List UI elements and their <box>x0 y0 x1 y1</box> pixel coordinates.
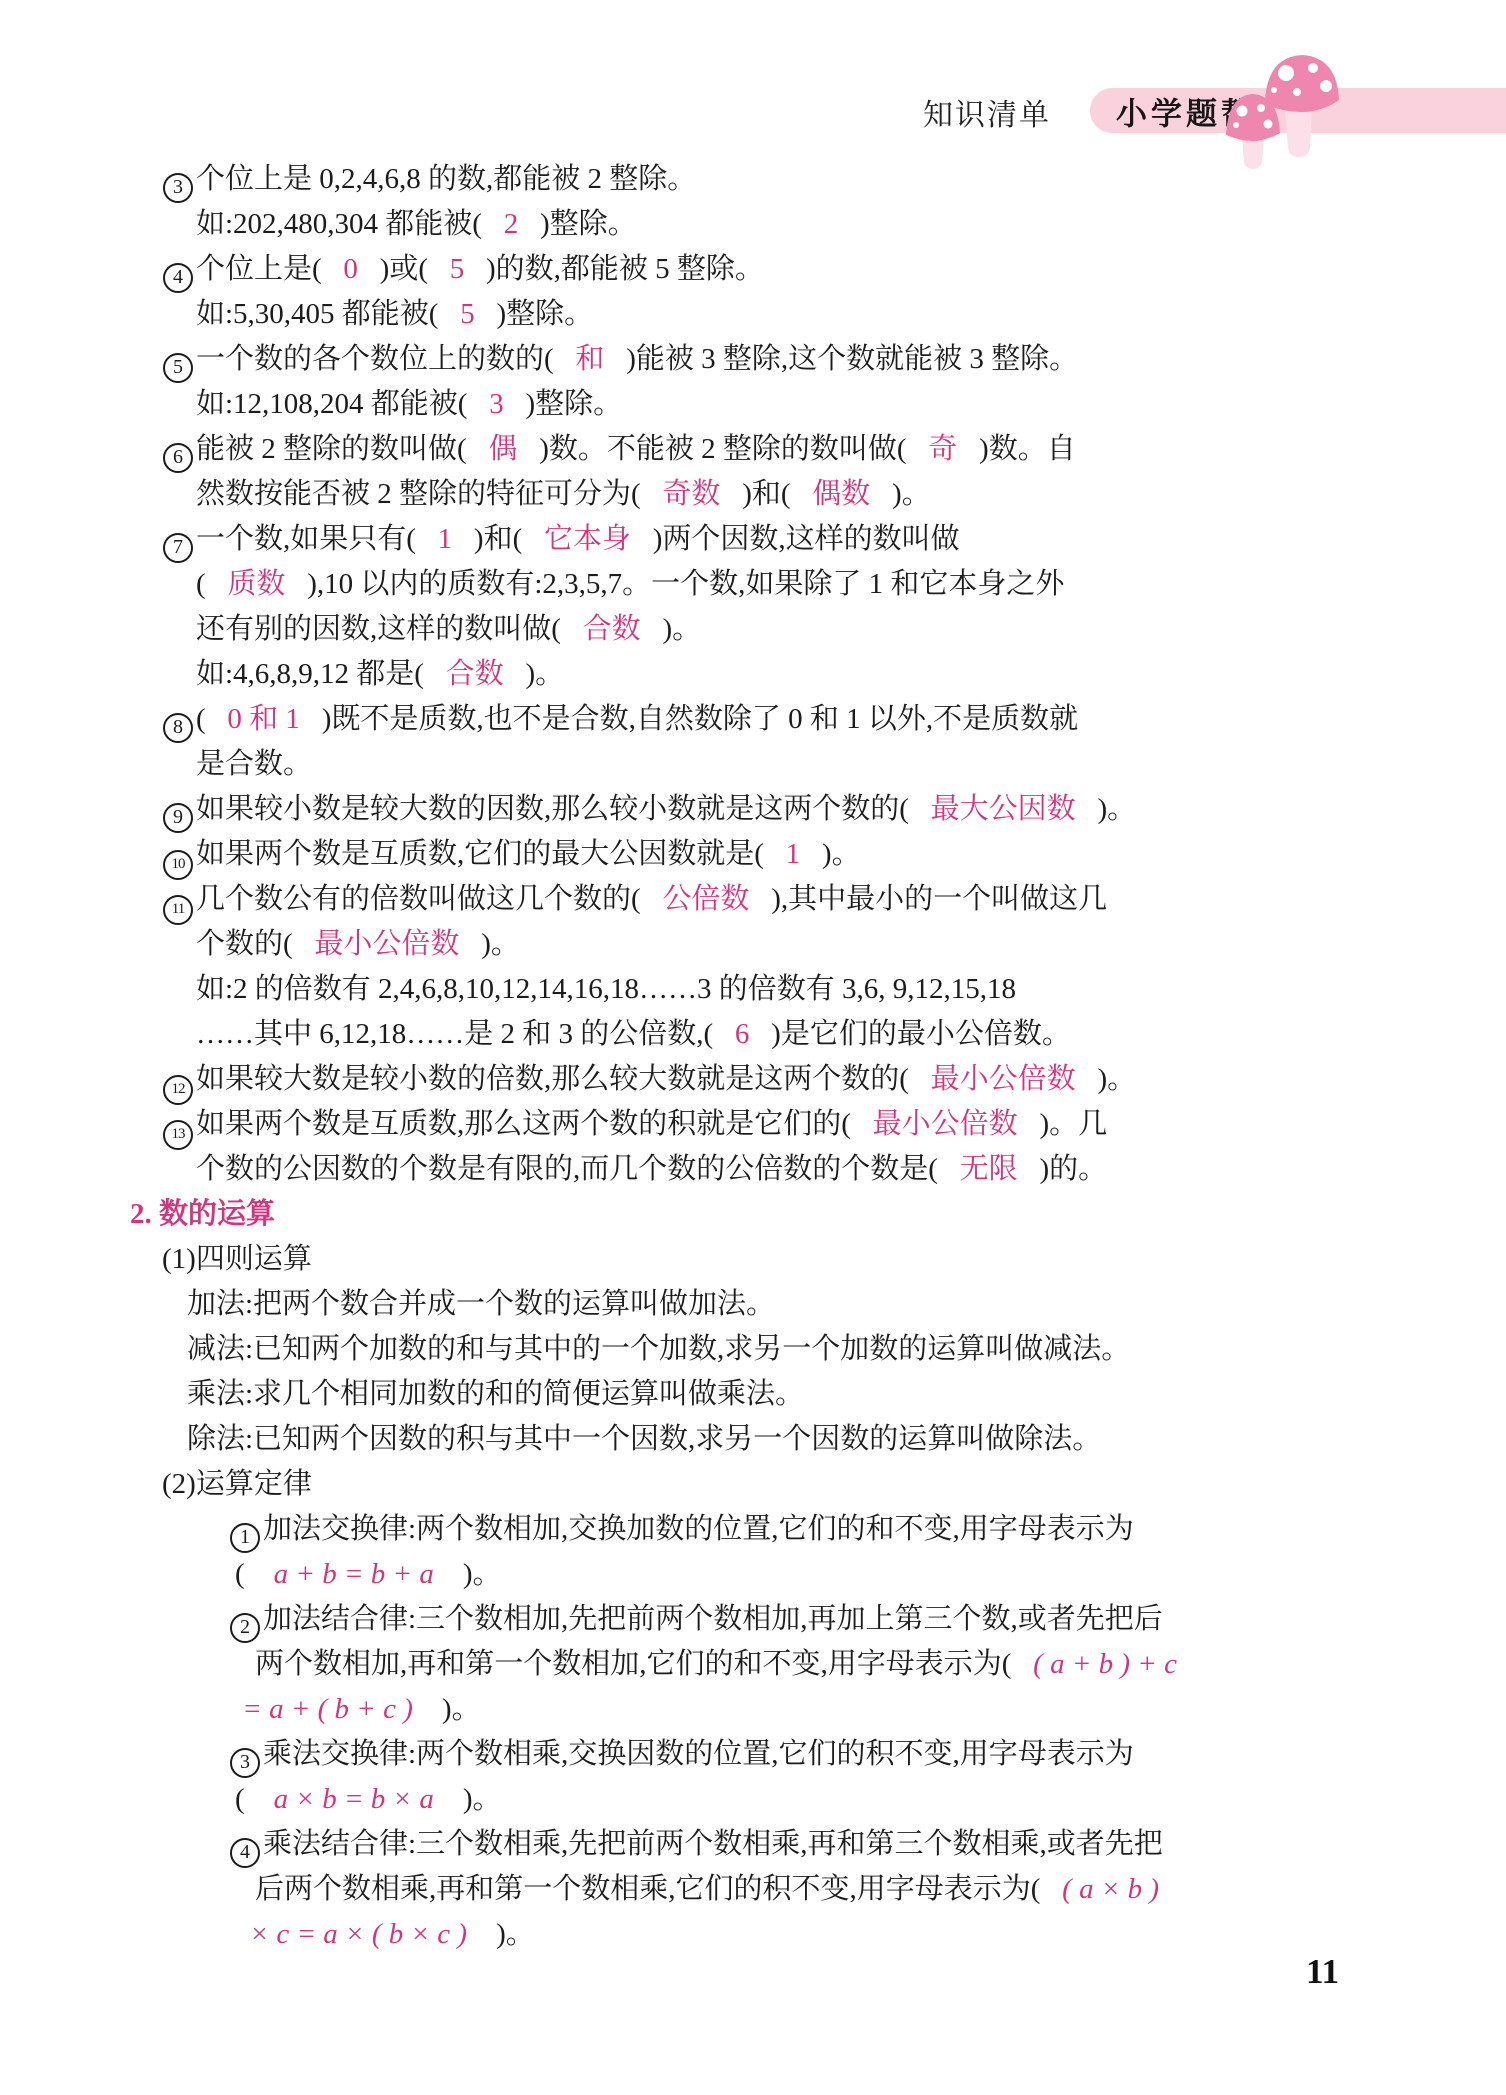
answer-text: 2 <box>504 208 519 240</box>
body-text: )。 <box>434 1783 502 1815</box>
text-line: 如:202,480,304 都能被( 2 )整除。 <box>0 202 1506 247</box>
answer-text: 1 <box>786 838 801 870</box>
text-line: 除法:已知两个因数的积与其中一个因数,求另一个因数的运算叫做除法。 <box>0 1417 1506 1462</box>
text-line: 5一个数的各个数位上的数的( 和 )能被 3 整除,这个数就能被 3 整除。 <box>0 337 1506 382</box>
text-line: 13如果两个数是互质数,那么这两个数的积就是它们的( 最小公倍数 )。几 <box>0 1102 1506 1147</box>
text-line: 如:12,108,204 都能被( 3 )整除。 <box>0 382 1506 427</box>
body-text: 如:4,6,8,9,12 都是( <box>196 658 446 690</box>
text-line: 6能被 2 整除的数叫做( 偶 )数。不能被 2 整除的数叫做( 奇 )数。自 <box>0 427 1506 472</box>
answer-text: 0 和 1 <box>227 703 300 735</box>
body-text: 如果较小数是较大数的因数,那么较小数就是这两个数的( <box>196 793 931 825</box>
circled-item-number: 13 <box>163 1120 193 1150</box>
text-line: 3个位上是 0,2,4,6,8 的数,都能被 2 整除。 <box>0 157 1506 202</box>
body-text: )和( <box>720 478 812 510</box>
text-line: 1加法交换律:两个数相加,交换加数的位置,它们的和不变,用字母表示为 <box>0 1507 1506 1552</box>
body-text: 如果较大数是较小数的倍数,那么较大数就是这两个数的( <box>196 1063 931 1095</box>
answer-text: 它本身 <box>544 523 631 555</box>
body-text: )。 <box>434 1558 502 1590</box>
body-text: 乘法交换律:两个数相乘,交换因数的位置,它们的积不变,用字母表示为 <box>263 1738 1134 1770</box>
text-line: 如:5,30,405 都能被( 5 )整除。 <box>0 292 1506 337</box>
circled-item-number: 3 <box>163 173 193 203</box>
circled-item-number: 8 <box>163 713 193 743</box>
circled-item-number: 2 <box>230 1613 260 1643</box>
body-text: 加法结合律:三个数相加,先把前两个数相加,再加上第三个数,或者先把后 <box>263 1603 1163 1635</box>
text-line: 12如果较大数是较小数的倍数,那么较大数就是这两个数的( 最小公倍数 )。 <box>0 1057 1506 1102</box>
body-text: 个数的( <box>196 928 314 960</box>
circled-item-number: 10 <box>163 850 193 880</box>
body-text: )和( <box>452 523 544 555</box>
body-text: 两个数相加,再和第一个数相加,它们的和不变,用字母表示为( <box>255 1648 1033 1680</box>
answer-text: 无限 <box>960 1153 1018 1185</box>
body-text: ),10 以内的质数有:2,3,5,7。一个数,如果除了 1 和它本身之外 <box>285 568 1064 600</box>
body-text: 乘法结合律:三个数相乘,先把前两个数相乘,再和第三个数相乘,或者先把 <box>263 1828 1163 1860</box>
formula-text: × c = a × ( b × c ) <box>235 1918 467 1950</box>
text-line: 11几个数公有的倍数叫做这几个数的( 公倍数 ),其中最小的一个叫做这几 <box>0 877 1506 922</box>
body-text: 除法:已知两个因数的积与其中一个因数,求另一个因数的运算叫做除法。 <box>187 1423 1101 1455</box>
body-text: )能被 3 整除,这个数就能被 3 整除。 <box>604 343 1078 375</box>
text-line: 如:4,6,8,9,12 都是( 合数 )。 <box>0 652 1506 697</box>
answer-text: 公倍数 <box>662 883 749 915</box>
body-text: ……其中 6,12,18……是 2 和 3 的公倍数,( <box>196 1018 735 1050</box>
body-text: )既不是质数,也不是合数,自然数除了 0 和 1 以外,不是质数就 <box>300 703 1078 735</box>
text-line: (1)四则运算 <box>0 1237 1506 1282</box>
body-text: 加法交换律:两个数相加,交换加数的位置,它们的和不变,用字母表示为 <box>263 1513 1134 1545</box>
body-text: 减法:已知两个加数的和与其中的一个加数,求另一个加数的运算叫做减法。 <box>187 1333 1130 1365</box>
body-text: )的数,都能被 5 整除。 <box>464 253 764 285</box>
answer-text: 合数 <box>583 613 641 645</box>
text-line: 加法:把两个数合并成一个数的运算叫做加法。 <box>0 1282 1506 1327</box>
body-text: (1)四则运算 <box>162 1243 312 1275</box>
body-text: 几个数公有的倍数叫做这几个数的( <box>196 883 662 915</box>
body-text: 还有别的因数,这样的数叫做( <box>196 613 583 645</box>
formula-text: ( a + b ) + c <box>1033 1648 1177 1680</box>
body-text: 然数按能否被 2 整除的特征可分为( <box>196 478 662 510</box>
circled-item-number: 4 <box>163 263 193 293</box>
circled-item-number: 12 <box>163 1075 193 1105</box>
body-text: ( <box>196 703 227 735</box>
workbook-page: 知识清单 小学题帮 3个位上是 0,2,4,6,8 的数,都能被 2 整除。如:… <box>0 0 1506 2095</box>
body-text: )数。不能被 2 整除的数叫做( <box>517 433 928 465</box>
circled-item-number: 5 <box>163 353 193 383</box>
answer-text: 和 <box>575 343 604 375</box>
formula-text: = a + ( b + c ) <box>235 1693 413 1725</box>
body-text: )。 <box>459 928 519 960</box>
answer-text: 奇数 <box>662 478 720 510</box>
body-text: )两个因数,这样的数叫做 <box>631 523 960 555</box>
text-line: ……其中 6,12,18……是 2 和 3 的公倍数,( 6 )是它们的最小公倍… <box>0 1012 1506 1057</box>
text-line: 3乘法交换律:两个数相乘,交换因数的位置,它们的积不变,用字母表示为 <box>0 1732 1506 1777</box>
body-text: )。 <box>504 658 564 690</box>
body-text: 个位上是 0,2,4,6,8 的数,都能被 2 整除。 <box>196 163 696 195</box>
text-line: 10如果两个数是互质数,它们的最大公因数就是( 1 )。 <box>0 832 1506 877</box>
document-body: 3个位上是 0,2,4,6,8 的数,都能被 2 整除。如:202,480,30… <box>0 157 1506 1957</box>
header-section-title: 知识清单 <box>923 90 1051 134</box>
body-text: 个数的公因数的个数是有限的,而几个数的公倍数的个数是( <box>196 1153 960 1185</box>
body-text: )。 <box>641 613 701 645</box>
circled-item-number: 11 <box>163 895 193 925</box>
text-line: 乘法:求几个相同加数的和的简便运算叫做乘法。 <box>0 1372 1506 1417</box>
text-line: 还有别的因数,这样的数叫做( 合数 )。 <box>0 607 1506 652</box>
body-text: ( <box>196 568 227 600</box>
body-text: 一个数,如果只有( <box>196 523 438 555</box>
body-text: 如:5,30,405 都能被( <box>196 298 460 330</box>
text-line: ( 质数 ),10 以内的质数有:2,3,5,7。一个数,如果除了 1 和它本身… <box>0 562 1506 607</box>
mushrooms-icon <box>1200 42 1350 170</box>
body-text: 乘法:求几个相同加数的和的简便运算叫做乘法。 <box>187 1378 804 1410</box>
body-text: 如果两个数是互质数,它们的最大公因数就是( <box>196 838 786 870</box>
answer-text: 合数 <box>446 658 504 690</box>
body-text: )整除。 <box>504 388 622 420</box>
text-line: 个数的( 最小公倍数 )。 <box>0 922 1506 967</box>
text-line: 个数的公因数的个数是有限的,而几个数的公倍数的个数是( 无限 )的。 <box>0 1147 1506 1192</box>
circled-item-number: 4 <box>230 1838 260 1868</box>
answer-text: 最小公倍数 <box>931 1063 1076 1095</box>
body-text: )整除。 <box>518 208 636 240</box>
text-line: 4乘法结合律:三个数相乘,先把前两个数相乘,再和第三个数相乘,或者先把 <box>0 1822 1506 1867</box>
text-line: ( a × b = b × a )。 <box>0 1777 1506 1822</box>
answer-text: 3 <box>489 388 504 420</box>
text-line: 8( 0 和 1 )既不是质数,也不是合数,自然数除了 0 和 1 以外,不是质… <box>0 697 1506 742</box>
circled-item-number: 1 <box>230 1523 260 1553</box>
answer-text: 0 <box>343 253 358 285</box>
body-text: )。几 <box>1018 1108 1107 1140</box>
answer-text: 最小公倍数 <box>873 1108 1018 1140</box>
body-text: ( <box>235 1783 274 1815</box>
circled-item-number: 7 <box>163 533 193 563</box>
text-line: 9如果较小数是较大数的因数,那么较小数就是这两个数的( 最大公因数 )。 <box>0 787 1506 832</box>
answer-text: 1 <box>438 523 453 555</box>
text-line: = a + ( b + c ) )。 <box>0 1687 1506 1732</box>
formula-text: a × b = b × a <box>274 1783 434 1815</box>
text-line: 4个位上是( 0 )或( 5 )的数,都能被 5 整除。 <box>0 247 1506 292</box>
body-text: )。 <box>870 478 930 510</box>
body-text: )数。自 <box>957 433 1075 465</box>
text-line: 7一个数,如果只有( 1 )和( 它本身 )两个因数,这样的数叫做 <box>0 517 1506 562</box>
text-line: × c = a × ( b × c ) )。 <box>0 1912 1506 1957</box>
answer-text: 5 <box>460 298 475 330</box>
answer-text: 奇 <box>928 433 957 465</box>
body-text: )。 <box>467 1918 535 1950</box>
answer-text: 最大公因数 <box>931 793 1076 825</box>
body-text: 一个数的各个数位上的数的( <box>196 343 575 375</box>
body-text: 如果两个数是互质数,那么这两个数的积就是它们的( <box>196 1108 873 1140</box>
circled-item-number: 3 <box>230 1748 260 1778</box>
circled-item-number: 9 <box>163 803 193 833</box>
body-text: 后两个数相乘,再和第一个数相乘,它们的积不变,用字母表示为( <box>255 1873 1062 1905</box>
page-number: 11 <box>1306 1952 1339 1992</box>
text-line: 然数按能否被 2 整除的特征可分为( 奇数 )和( 偶数 )。 <box>0 472 1506 517</box>
answer-text: 偶数 <box>812 478 870 510</box>
body-text: (2)运算定律 <box>162 1468 312 1500</box>
answer-text: 最小公倍数 <box>314 928 459 960</box>
formula-text: ( a × b ) <box>1062 1873 1159 1905</box>
text-line: ( a + b = b + a )。 <box>0 1552 1506 1597</box>
body-text: )是它们的最小公倍数。 <box>749 1018 1070 1050</box>
body-text: 如:12,108,204 都能被( <box>196 388 489 420</box>
section-heading-text: 2. 数的运算 <box>130 1198 275 1230</box>
body-text: ),其中最小的一个叫做这几 <box>749 883 1107 915</box>
body-text: )。 <box>1076 1063 1136 1095</box>
body-text: )。 <box>1076 793 1136 825</box>
answer-text: 5 <box>450 253 465 285</box>
body-text: 如:202,480,304 都能被( <box>196 208 504 240</box>
text-line: 减法:已知两个加数的和与其中的一个加数,求另一个加数的运算叫做减法。 <box>0 1327 1506 1372</box>
body-text: 加法:把两个数合并成一个数的运算叫做加法。 <box>187 1288 775 1320</box>
body-text: 如:2 的倍数有 2,4,6,8,10,12,14,16,18……3 的倍数有 … <box>196 973 1016 1005</box>
body-text: )或( <box>358 253 450 285</box>
text-line: (2)运算定律 <box>0 1462 1506 1507</box>
body-text: )的。 <box>1018 1153 1107 1185</box>
circled-item-number: 6 <box>163 443 193 473</box>
answer-text: 质数 <box>227 568 285 600</box>
body-text: 是合数。 <box>196 748 312 780</box>
text-line: 后两个数相乘,再和第一个数相乘,它们的积不变,用字母表示为( ( a × b ) <box>0 1867 1506 1912</box>
body-text: 个位上是( <box>196 253 343 285</box>
answer-text: 6 <box>735 1018 750 1050</box>
text-line: 如:2 的倍数有 2,4,6,8,10,12,14,16,18……3 的倍数有 … <box>0 967 1506 1012</box>
formula-text: a + b = b + a <box>274 1558 434 1590</box>
text-line: 是合数。 <box>0 742 1506 787</box>
text-line: 两个数相加,再和第一个数相加,它们的和不变,用字母表示为( ( a + b ) … <box>0 1642 1506 1687</box>
answer-text: 偶 <box>488 433 517 465</box>
body-text: )整除。 <box>475 298 593 330</box>
body-text: )。 <box>413 1693 481 1725</box>
body-text: ( <box>235 1558 274 1590</box>
text-line: 2加法结合律:三个数相加,先把前两个数相加,再加上第三个数,或者先把后 <box>0 1597 1506 1642</box>
body-text: )。 <box>800 838 860 870</box>
body-text: 能被 2 整除的数叫做( <box>196 433 488 465</box>
text-line: 2. 数的运算 <box>0 1192 1506 1237</box>
